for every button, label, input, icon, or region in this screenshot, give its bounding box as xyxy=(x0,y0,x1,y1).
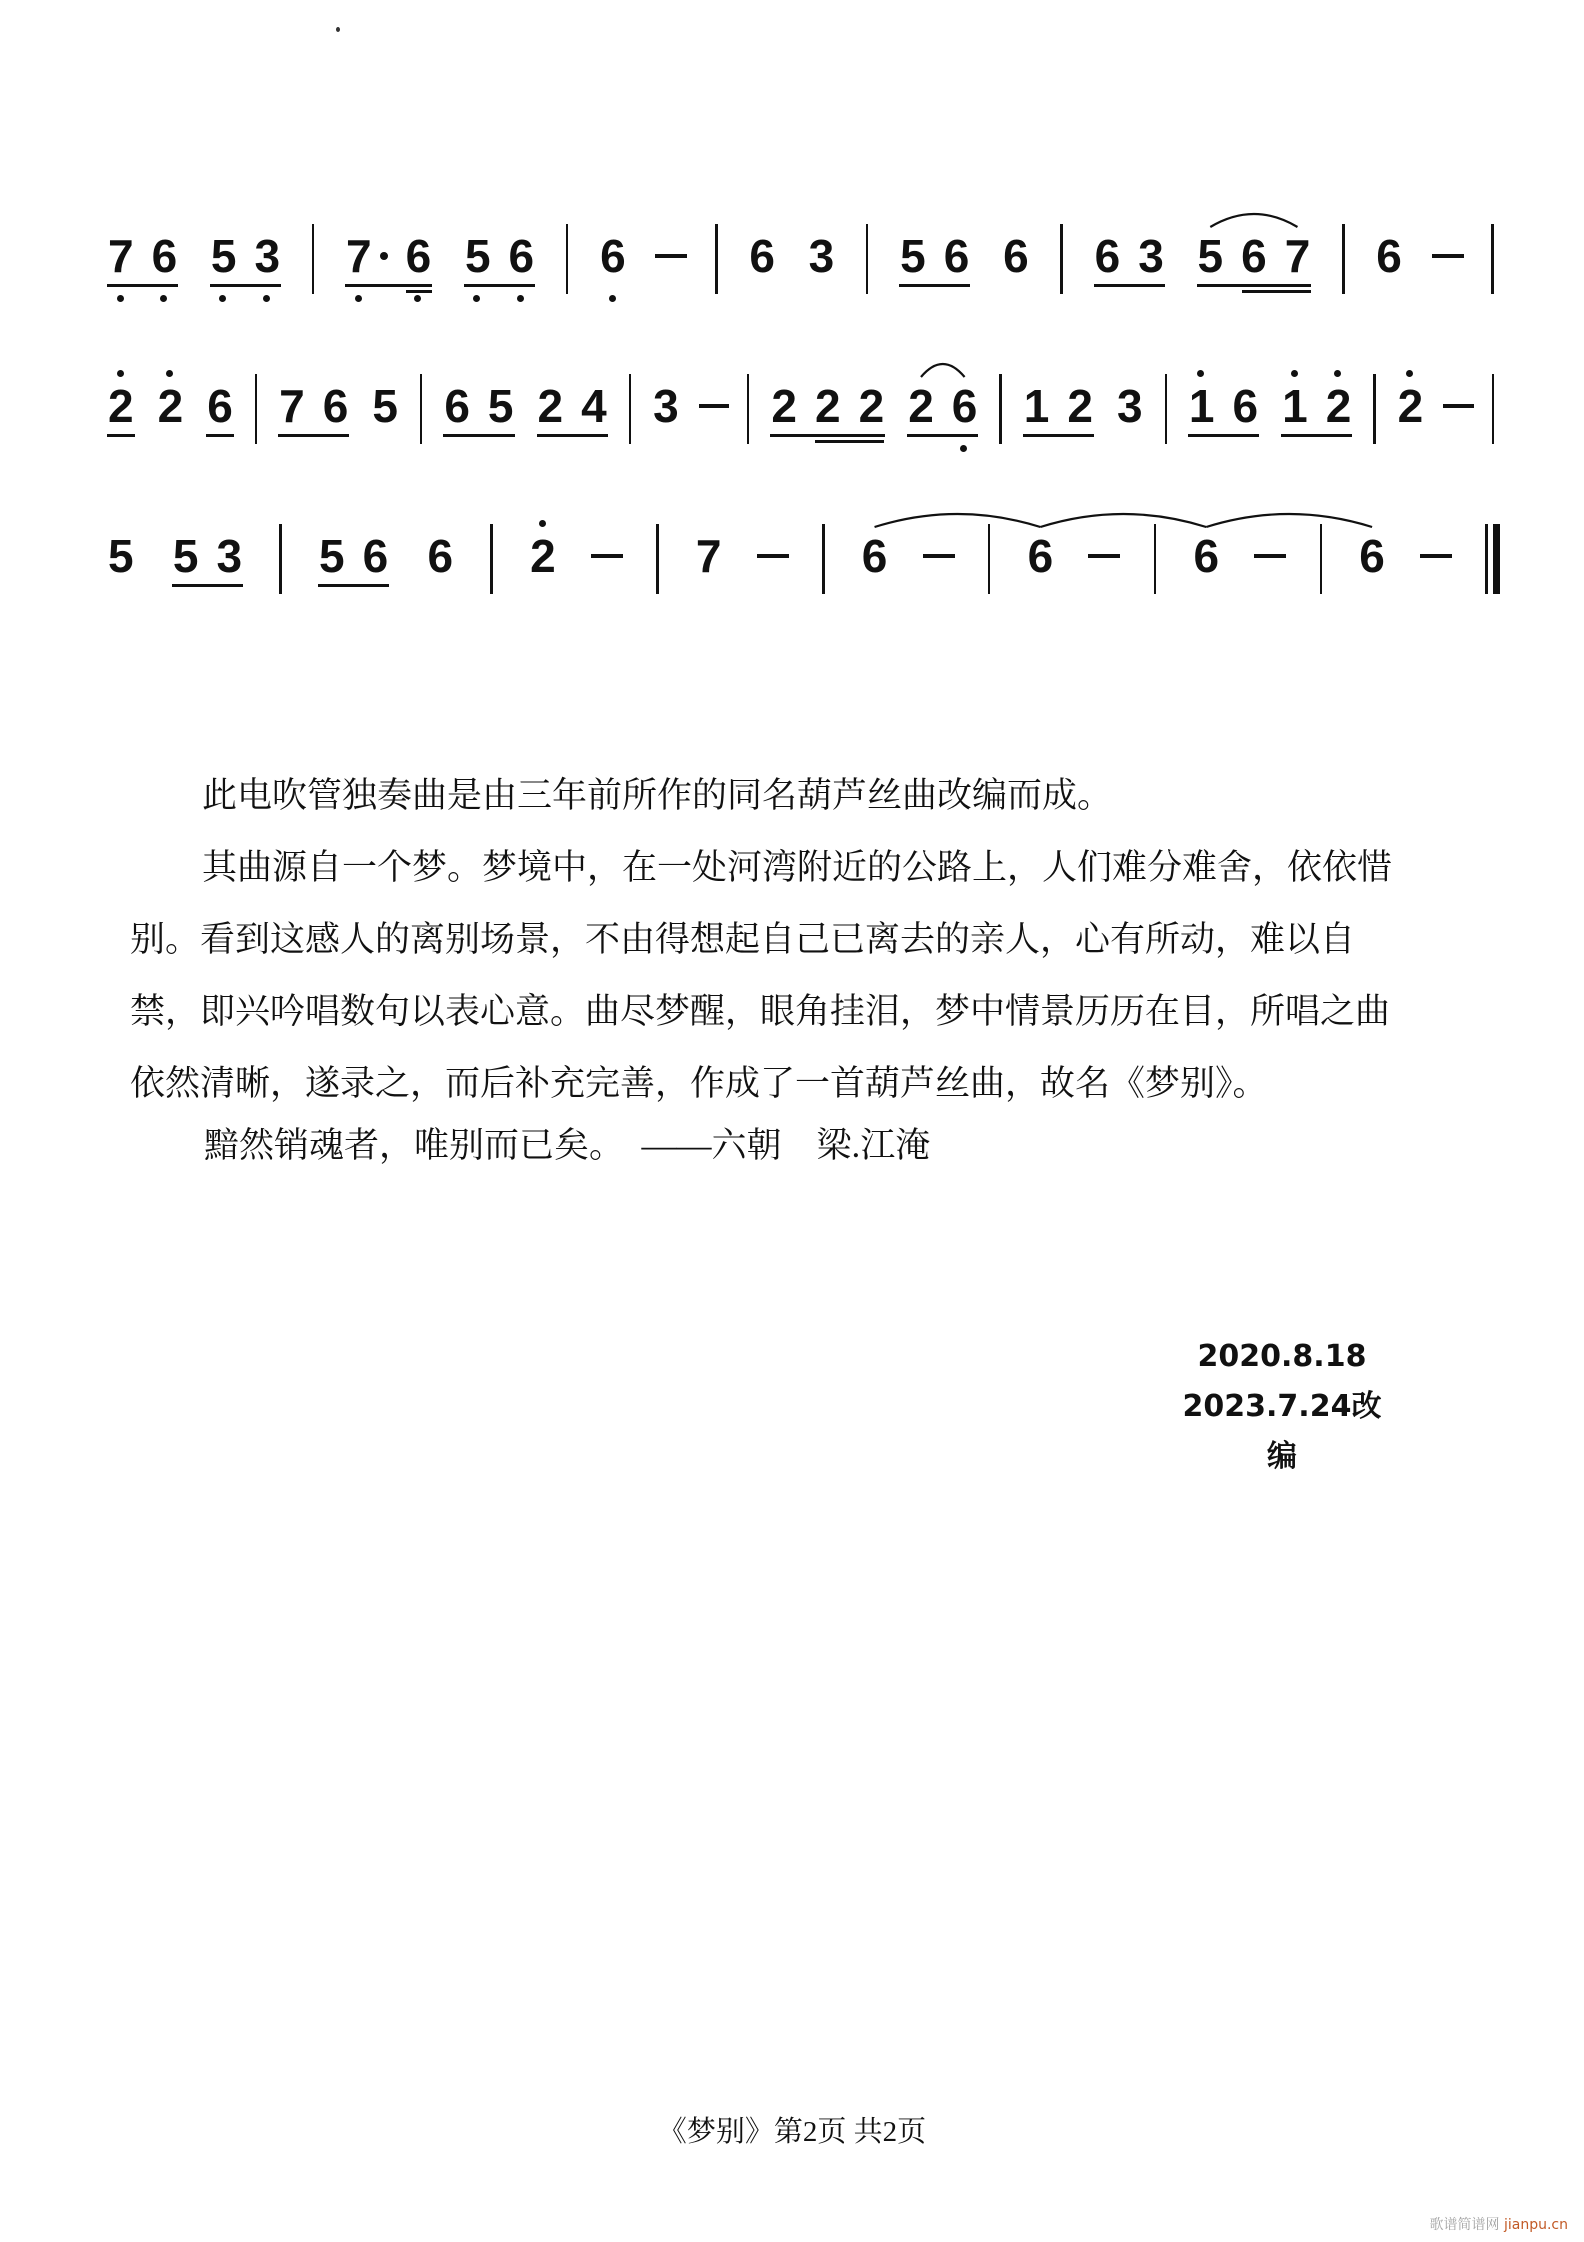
note-number: 6 xyxy=(749,234,775,278)
prose-line: 其曲源自一个梦。梦境中，在一处河湾附近的公路上，人们难分难舍，依依惜 xyxy=(130,832,1475,904)
prolong-dash xyxy=(699,404,729,409)
beam-underline xyxy=(907,434,978,438)
barline xyxy=(988,524,991,594)
note: 6 xyxy=(1359,534,1385,578)
note-number: 3 xyxy=(1117,384,1143,428)
notation-line-3: 553566276666 xyxy=(96,488,1504,600)
octave-dot-below xyxy=(414,295,421,302)
note-number: 3 xyxy=(255,234,281,278)
note-number: 7 xyxy=(696,534,722,578)
note-group: 2 xyxy=(1398,384,1424,428)
barline xyxy=(566,224,569,294)
note: 1 xyxy=(1282,384,1308,428)
note-number: 5 xyxy=(900,234,926,278)
note-group: 16 xyxy=(1189,384,1258,428)
prolong-dash xyxy=(1432,254,1464,259)
note-group: 6 xyxy=(427,534,453,578)
note-group: 6 xyxy=(1028,534,1054,578)
note-group: 6 xyxy=(1193,534,1219,578)
note-number: 1 xyxy=(1024,384,1050,428)
prolong-dash xyxy=(1443,404,1473,409)
octave-dot-above xyxy=(1291,370,1298,377)
beam-underline xyxy=(443,434,514,438)
note-group: 56 xyxy=(900,234,969,278)
note-number: 3 xyxy=(653,384,679,428)
note-group: 6 xyxy=(1003,234,1029,278)
note-group: 53 xyxy=(173,534,242,578)
watermark-site: 歌谱简谱网 xyxy=(1430,2217,1504,2233)
note-group: 76 xyxy=(108,234,177,278)
note-number: 7 xyxy=(279,384,305,428)
note: 3 xyxy=(809,234,835,278)
note-number: 6 xyxy=(509,234,535,278)
note-group: 6 xyxy=(1376,234,1402,278)
note-number: 5 xyxy=(488,384,514,428)
beam-underline xyxy=(899,284,970,288)
note-group: 56 xyxy=(465,234,534,278)
watermark: 歌谱简谱网 jianpu.cn xyxy=(1430,2214,1568,2234)
barline xyxy=(656,524,659,594)
note: 6 xyxy=(509,234,535,278)
note: 7 xyxy=(1285,234,1311,278)
watermark-domain: jianpu.cn xyxy=(1504,2217,1568,2233)
note-number: 2 xyxy=(1326,384,1352,428)
octave-dot-below xyxy=(160,295,167,302)
octave-dot-below xyxy=(960,445,967,452)
beam-underline xyxy=(1281,434,1352,438)
note-number: 6 xyxy=(363,534,389,578)
note-number: 6 xyxy=(1193,534,1219,578)
octave-dot-below xyxy=(355,295,362,302)
note-group: 26 xyxy=(908,384,977,428)
note: 5 xyxy=(1198,234,1224,278)
octave-dot-below xyxy=(609,295,616,302)
note: 2 xyxy=(1326,384,1352,428)
beam-underline xyxy=(107,284,178,288)
beam-underline xyxy=(770,434,885,438)
note: 6 xyxy=(406,234,432,278)
note-number: 7 xyxy=(346,234,372,278)
note: 2 xyxy=(158,384,184,428)
note: 7 xyxy=(696,534,722,578)
note: 6 xyxy=(944,234,970,278)
notation-line-1: 76537656663566635676 xyxy=(96,188,1504,300)
note-group: 76 xyxy=(346,234,431,278)
note: 5 xyxy=(319,534,345,578)
barline xyxy=(1154,524,1157,594)
note: 7 xyxy=(346,234,388,278)
barline xyxy=(822,524,825,594)
note-group: 3 xyxy=(653,384,679,428)
note: 2 xyxy=(530,534,556,578)
final-barline-thin xyxy=(1485,524,1488,594)
slur-tie-arcs xyxy=(96,488,1504,600)
note: 3 xyxy=(1117,384,1143,428)
note: 2 xyxy=(815,384,841,428)
note: 6 xyxy=(363,534,389,578)
note: 6 xyxy=(444,384,470,428)
barline xyxy=(1060,224,1063,294)
note-group: 12 xyxy=(1024,384,1093,428)
note: 3 xyxy=(216,534,242,578)
note: 1 xyxy=(1189,384,1215,428)
score-page: 76537656663566635676 2267656524322226123… xyxy=(0,0,1584,2242)
note-number: 3 xyxy=(1138,234,1164,278)
octave-dot-below xyxy=(219,295,226,302)
prose-line: 别。看到这感人的离别场景，不由得想起自己已离去的亲人，心有所动，难以自 xyxy=(130,904,1475,976)
note-number: 5 xyxy=(319,534,345,578)
final-barline-thick xyxy=(1493,524,1500,594)
note-number: 5 xyxy=(173,534,199,578)
note-group: 6 xyxy=(1359,534,1385,578)
note: 5 xyxy=(465,234,491,278)
beam-underline xyxy=(345,284,432,288)
program-note: 此电吹管独奏曲是由三年前所作的同名葫芦丝曲改编而成。其曲源自一个梦。梦境中，在一… xyxy=(130,760,1475,1120)
note: 6 xyxy=(152,234,178,278)
note: 6 xyxy=(952,384,978,428)
barline xyxy=(1491,224,1494,294)
note: 4 xyxy=(581,384,607,428)
note: 6 xyxy=(749,234,775,278)
octave-dot-above xyxy=(539,520,546,527)
note-number: 6 xyxy=(1241,234,1267,278)
note-group: 6 xyxy=(207,384,233,428)
note-number: 6 xyxy=(1359,534,1385,578)
note-group: 6 xyxy=(600,234,626,278)
note: 3 xyxy=(255,234,281,278)
note: 6 xyxy=(1241,234,1267,278)
prose-line: 禁，即兴吟唱数句以表心意。曲尽梦醒，眼角挂泪，梦中情景历历在目，所唱之曲 xyxy=(130,976,1475,1048)
note-group: 2 xyxy=(158,384,184,428)
note-number: 6 xyxy=(406,234,432,278)
note-number: 5 xyxy=(108,534,134,578)
note-group: 53 xyxy=(211,234,280,278)
note-number: 5 xyxy=(372,384,398,428)
note-number: 2 xyxy=(158,384,184,428)
note: 7 xyxy=(108,234,134,278)
note-number: 6 xyxy=(444,384,470,428)
note: 6 xyxy=(323,384,349,428)
note-number: 2 xyxy=(108,384,134,428)
note-number: 7 xyxy=(108,234,134,278)
note: 5 xyxy=(173,534,199,578)
note-group: 5 xyxy=(372,384,398,428)
note: 6 xyxy=(1028,534,1054,578)
beam-underline xyxy=(1197,284,1312,288)
note-number: 6 xyxy=(1003,234,1029,278)
note: 2 xyxy=(771,384,797,428)
note-group: 5 xyxy=(108,534,134,578)
barline xyxy=(312,224,315,294)
note-number: 5 xyxy=(465,234,491,278)
note-number: 6 xyxy=(952,384,978,428)
barline xyxy=(715,224,718,294)
beam-underline-2 xyxy=(406,290,432,294)
note: 5 xyxy=(108,534,134,578)
note: 6 xyxy=(1193,534,1219,578)
beam-underline-2 xyxy=(815,440,884,444)
note: 2 xyxy=(538,384,564,428)
note-group: 12 xyxy=(1282,384,1351,428)
note: 3 xyxy=(653,384,679,428)
beam-underline xyxy=(1023,434,1094,438)
barline xyxy=(1342,224,1345,294)
note-number: 6 xyxy=(862,534,888,578)
note-number: 6 xyxy=(152,234,178,278)
note: 6 xyxy=(600,234,626,278)
prolong-dash xyxy=(1420,554,1452,559)
beam-underline xyxy=(107,434,135,438)
note: 6 xyxy=(1233,384,1259,428)
note-group: 6 xyxy=(862,534,888,578)
note-group: 7 xyxy=(696,534,722,578)
note-number: 5 xyxy=(1198,234,1224,278)
barline xyxy=(866,224,869,294)
date-arranged: 2023.7.24改编 xyxy=(1168,1382,1396,1482)
note-number: 5 xyxy=(211,234,237,278)
note-number: 6 xyxy=(1095,234,1121,278)
prose-line: 此电吹管独奏曲是由三年前所作的同名葫芦丝曲改编而成。 xyxy=(130,760,1475,832)
note: 5 xyxy=(900,234,926,278)
note-number: 2 xyxy=(530,534,556,578)
octave-dot-below xyxy=(117,295,124,302)
prolong-dash xyxy=(1088,554,1120,559)
note: 6 xyxy=(862,534,888,578)
note: 6 xyxy=(207,384,233,428)
barline xyxy=(1320,524,1323,594)
beam-underline xyxy=(210,284,281,288)
beam-underline xyxy=(206,434,234,438)
composition-dates: 2020.8.18 2023.7.24改编 xyxy=(1168,1332,1396,1482)
epigraph: 黯然销魂者，唯别而已矣。 ——六朝 梁.江淹 xyxy=(204,1110,930,1182)
prolong-dash xyxy=(923,554,955,559)
note-number: 4 xyxy=(581,384,607,428)
note-number: 2 xyxy=(538,384,564,428)
note-group: 6 xyxy=(749,234,775,278)
note-group: 63 xyxy=(1095,234,1164,278)
note-number: 2 xyxy=(815,384,841,428)
note-group: 65 xyxy=(444,384,513,428)
barline xyxy=(1492,374,1494,444)
note: 5 xyxy=(372,384,398,428)
note: 3 xyxy=(1138,234,1164,278)
beam-underline xyxy=(278,434,349,438)
note-group: 2 xyxy=(108,384,134,428)
note-group: 2 xyxy=(530,534,556,578)
stray-ink-dot xyxy=(336,27,340,32)
note-number: 3 xyxy=(216,534,242,578)
beam-underline-2 xyxy=(1242,290,1311,294)
note-number: 6 xyxy=(207,384,233,428)
prolong-dash xyxy=(591,554,623,559)
note: 5 xyxy=(211,234,237,278)
note-number: 2 xyxy=(771,384,797,428)
note-group: 24 xyxy=(538,384,607,428)
notation-line-2: 226765652432222612316122 xyxy=(96,338,1504,450)
note-group: 567 xyxy=(1198,234,1311,278)
barline xyxy=(1373,374,1375,444)
beam-underline xyxy=(1188,434,1259,438)
prolong-dash xyxy=(757,554,789,559)
note: 5 xyxy=(488,384,514,428)
barline xyxy=(999,374,1001,444)
beam-underline xyxy=(172,584,243,588)
prolong-dash xyxy=(1254,554,1286,559)
octave-dot-below xyxy=(517,295,524,302)
note-group: 3 xyxy=(1117,384,1143,428)
note-group: 3 xyxy=(809,234,835,278)
beam-underline xyxy=(1094,284,1165,288)
note: 7 xyxy=(279,384,305,428)
barline xyxy=(629,374,631,444)
barline xyxy=(747,374,749,444)
note-number: 6 xyxy=(944,234,970,278)
augmentation-dot xyxy=(380,252,388,260)
note-number: 6 xyxy=(1233,384,1259,428)
barline xyxy=(255,374,257,444)
prolong-dash xyxy=(655,254,687,259)
note-number: 2 xyxy=(1067,384,1093,428)
final-barline xyxy=(1485,524,1500,594)
page-footer: 《梦别》第2页 共2页 xyxy=(0,2112,1584,2152)
beam-underline xyxy=(464,284,535,288)
barline xyxy=(420,374,422,444)
note-number: 1 xyxy=(1189,384,1215,428)
note-number: 6 xyxy=(1376,234,1402,278)
note-number: 2 xyxy=(908,384,934,428)
octave-dot-above xyxy=(1197,370,1204,377)
note: 6 xyxy=(1003,234,1029,278)
note: 2 xyxy=(908,384,934,428)
note-number: 6 xyxy=(600,234,626,278)
note: 2 xyxy=(108,384,134,428)
octave-dot-below xyxy=(473,295,480,302)
note-number: 1 xyxy=(1282,384,1308,428)
octave-dot-above xyxy=(1334,370,1341,377)
date-composed: 2020.8.18 xyxy=(1168,1332,1396,1382)
barline xyxy=(490,524,493,594)
note-number: 6 xyxy=(427,534,453,578)
note-number: 2 xyxy=(1398,384,1424,428)
octave-dot-above xyxy=(166,370,173,377)
octave-dot-above xyxy=(117,370,124,377)
beam-underline xyxy=(318,584,389,588)
octave-dot-below xyxy=(263,295,270,302)
beam-underline xyxy=(537,434,608,438)
note: 6 xyxy=(1376,234,1402,278)
note: 6 xyxy=(1095,234,1121,278)
note: 2 xyxy=(859,384,885,428)
note-group: 76 xyxy=(279,384,348,428)
note: 6 xyxy=(427,534,453,578)
note-number: 6 xyxy=(1028,534,1054,578)
barline xyxy=(279,524,282,594)
note: 2 xyxy=(1398,384,1424,428)
note: 2 xyxy=(1067,384,1093,428)
note-group: 56 xyxy=(319,534,388,578)
note-number: 7 xyxy=(1285,234,1311,278)
note-group: 222 xyxy=(771,384,884,428)
note-number: 2 xyxy=(859,384,885,428)
octave-dot-above xyxy=(1406,370,1413,377)
note-number: 6 xyxy=(323,384,349,428)
note-number: 3 xyxy=(809,234,835,278)
note: 1 xyxy=(1024,384,1050,428)
barline xyxy=(1165,374,1167,444)
